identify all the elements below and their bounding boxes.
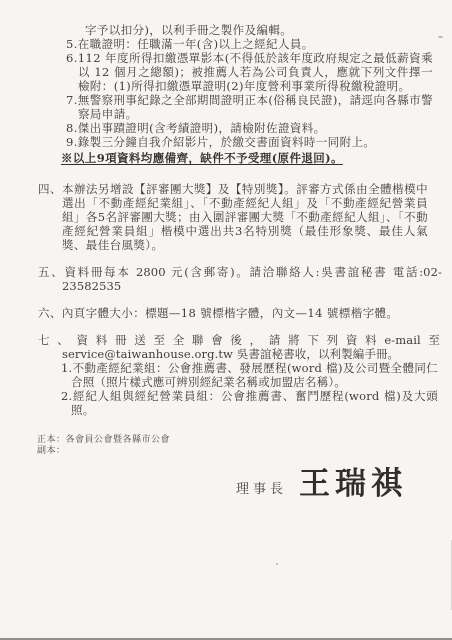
section-text: 本辦法另增設【評審團大獎】及【特別獎】。評審方式係由全體楷模中選出「不動產經紀業… (62, 182, 428, 252)
section-text: 資料冊每本 2800 元(含郵寄)。請洽聯絡人:吳書誼秘書 電話:02-2358… (62, 265, 442, 293)
item-text: 112 年度所得扣繳憑單影本(不得低於該年度政府規定之最低薪資乘以 12 個月之… (78, 51, 433, 93)
scan-speck (438, 36, 443, 38)
list-item-5: 5.在職證明：任職滿一年(含)以上之經紀人員。 (66, 37, 433, 51)
item-text: 不動產經紀業組：公會推薦書、發展歷程(word 檔)及公司暨全體同仁合照（照片樣… (71, 361, 438, 389)
original-label: 正本： (37, 435, 66, 445)
item-number: 1. (61, 361, 72, 375)
item-number: 5. (66, 37, 78, 51)
section-four: 四、本辦法另增設【評審團大獎】及【特別獎】。評審方式係由全體楷模中選出「不動產經… (38, 182, 428, 252)
section-seven: 七、資料冊送至全聯會後，請將下列資料e-mail至service@taiwanh… (38, 333, 440, 361)
copy-label: 副本： (37, 446, 66, 456)
carryover-line: 字予以扣分)，以利手冊之製作及編輯。 (85, 23, 422, 37)
item-number: 8. (66, 121, 78, 135)
item-number: 6. (66, 51, 78, 65)
item-text: 在職證明：任職滿一年(含)以上之經紀人員。 (78, 37, 314, 51)
item-text: 錄製三分鐘自我介紹影片，於繳交書面資料時一同附上。 (78, 135, 376, 149)
section-number: 四、 (38, 182, 62, 196)
original-value: 各會員公會暨各縣市公會 (66, 435, 171, 445)
list-item-9: 9.錄製三分鐘自我介紹影片，於繳交書面資料時一同附上。 (66, 135, 433, 149)
section-text: 內頁字體大小：標題—18 號標楷字體，內文—14 號標楷字體。 (62, 306, 398, 320)
item-text: 傑出事蹟證明(含考績證明)，請檢附佐證資料。 (78, 121, 326, 135)
document-body: 字予以扣分)，以利手冊之製作及編輯。 5.在職證明：任職滿一年(含)以上之經紀人… (0, 23, 452, 457)
item-number: 7. (66, 93, 78, 107)
section-number: 七、 (38, 333, 76, 347)
required-documents-notice: ※以上9項資料均應備齊，缺件不予受理(原件退回)。 (61, 151, 430, 165)
section-seven-item-2: 2.經紀人組與經紀營業員組：公會推薦書、奮鬥歷程(word 檔)及大頭照。 (61, 389, 438, 417)
section-text: 資料冊送至全聯會後，請將下列資料e-mail至service@taiwanhou… (62, 333, 440, 361)
section-seven-item-1: 1.不動產經紀業組：公會推薦書、發展歷程(word 檔)及公司暨全體同仁合照（照… (61, 361, 438, 389)
distribution-copy: 副本： (37, 446, 452, 457)
distribution-original: 正本：各會員公會暨各縣市公會 (37, 435, 452, 446)
scan-speck (276, 563, 278, 565)
section-number: 六、 (38, 306, 62, 320)
scanned-document-page: 字予以扣分)，以利手冊之製作及編輯。 5.在職證明：任職滿一年(含)以上之經紀人… (0, 0, 452, 640)
section-five: 五、資料冊每本 2800 元(含郵寄)。請洽聯絡人:吳書誼秘書 電話:02-23… (38, 265, 442, 293)
chairman-title: 理事長 (236, 478, 287, 503)
item-text: 經紀人組與經紀營業員組：公會推薦書、奮鬥歷程(word 檔)及大頭照。 (71, 389, 438, 417)
list-item-8: 8.傑出事蹟證明(含考績證明)，請檢附佐證資料。 (66, 121, 433, 135)
distribution-block: 正本：各會員公會暨各縣市公會 副本： (37, 435, 452, 457)
item-number: 2. (61, 389, 72, 403)
item-number: 9. (66, 135, 78, 149)
list-item-7: 7.無警察刑事紀錄之全部期間證明正本(俗稱良民證)，請逕向各縣市警察局申請。 (66, 93, 433, 121)
list-item-6: 6.112 年度所得扣繳憑單影本(不得低於該年度政府規定之最低薪資乘以 12 個… (66, 51, 433, 93)
section-number: 五、 (38, 265, 64, 279)
chairman-name: 王瑞祺 (299, 458, 407, 503)
item-text: 無警察刑事紀錄之全部期間證明正本(俗稱良民證)，請逕向各縣市警察局申請。 (78, 93, 433, 121)
signature-block: 理事長 王瑞祺 (236, 458, 407, 503)
section-six: 六、內頁字體大小：標題—18 號標楷字體，內文—14 號標楷字體。 (38, 306, 428, 320)
